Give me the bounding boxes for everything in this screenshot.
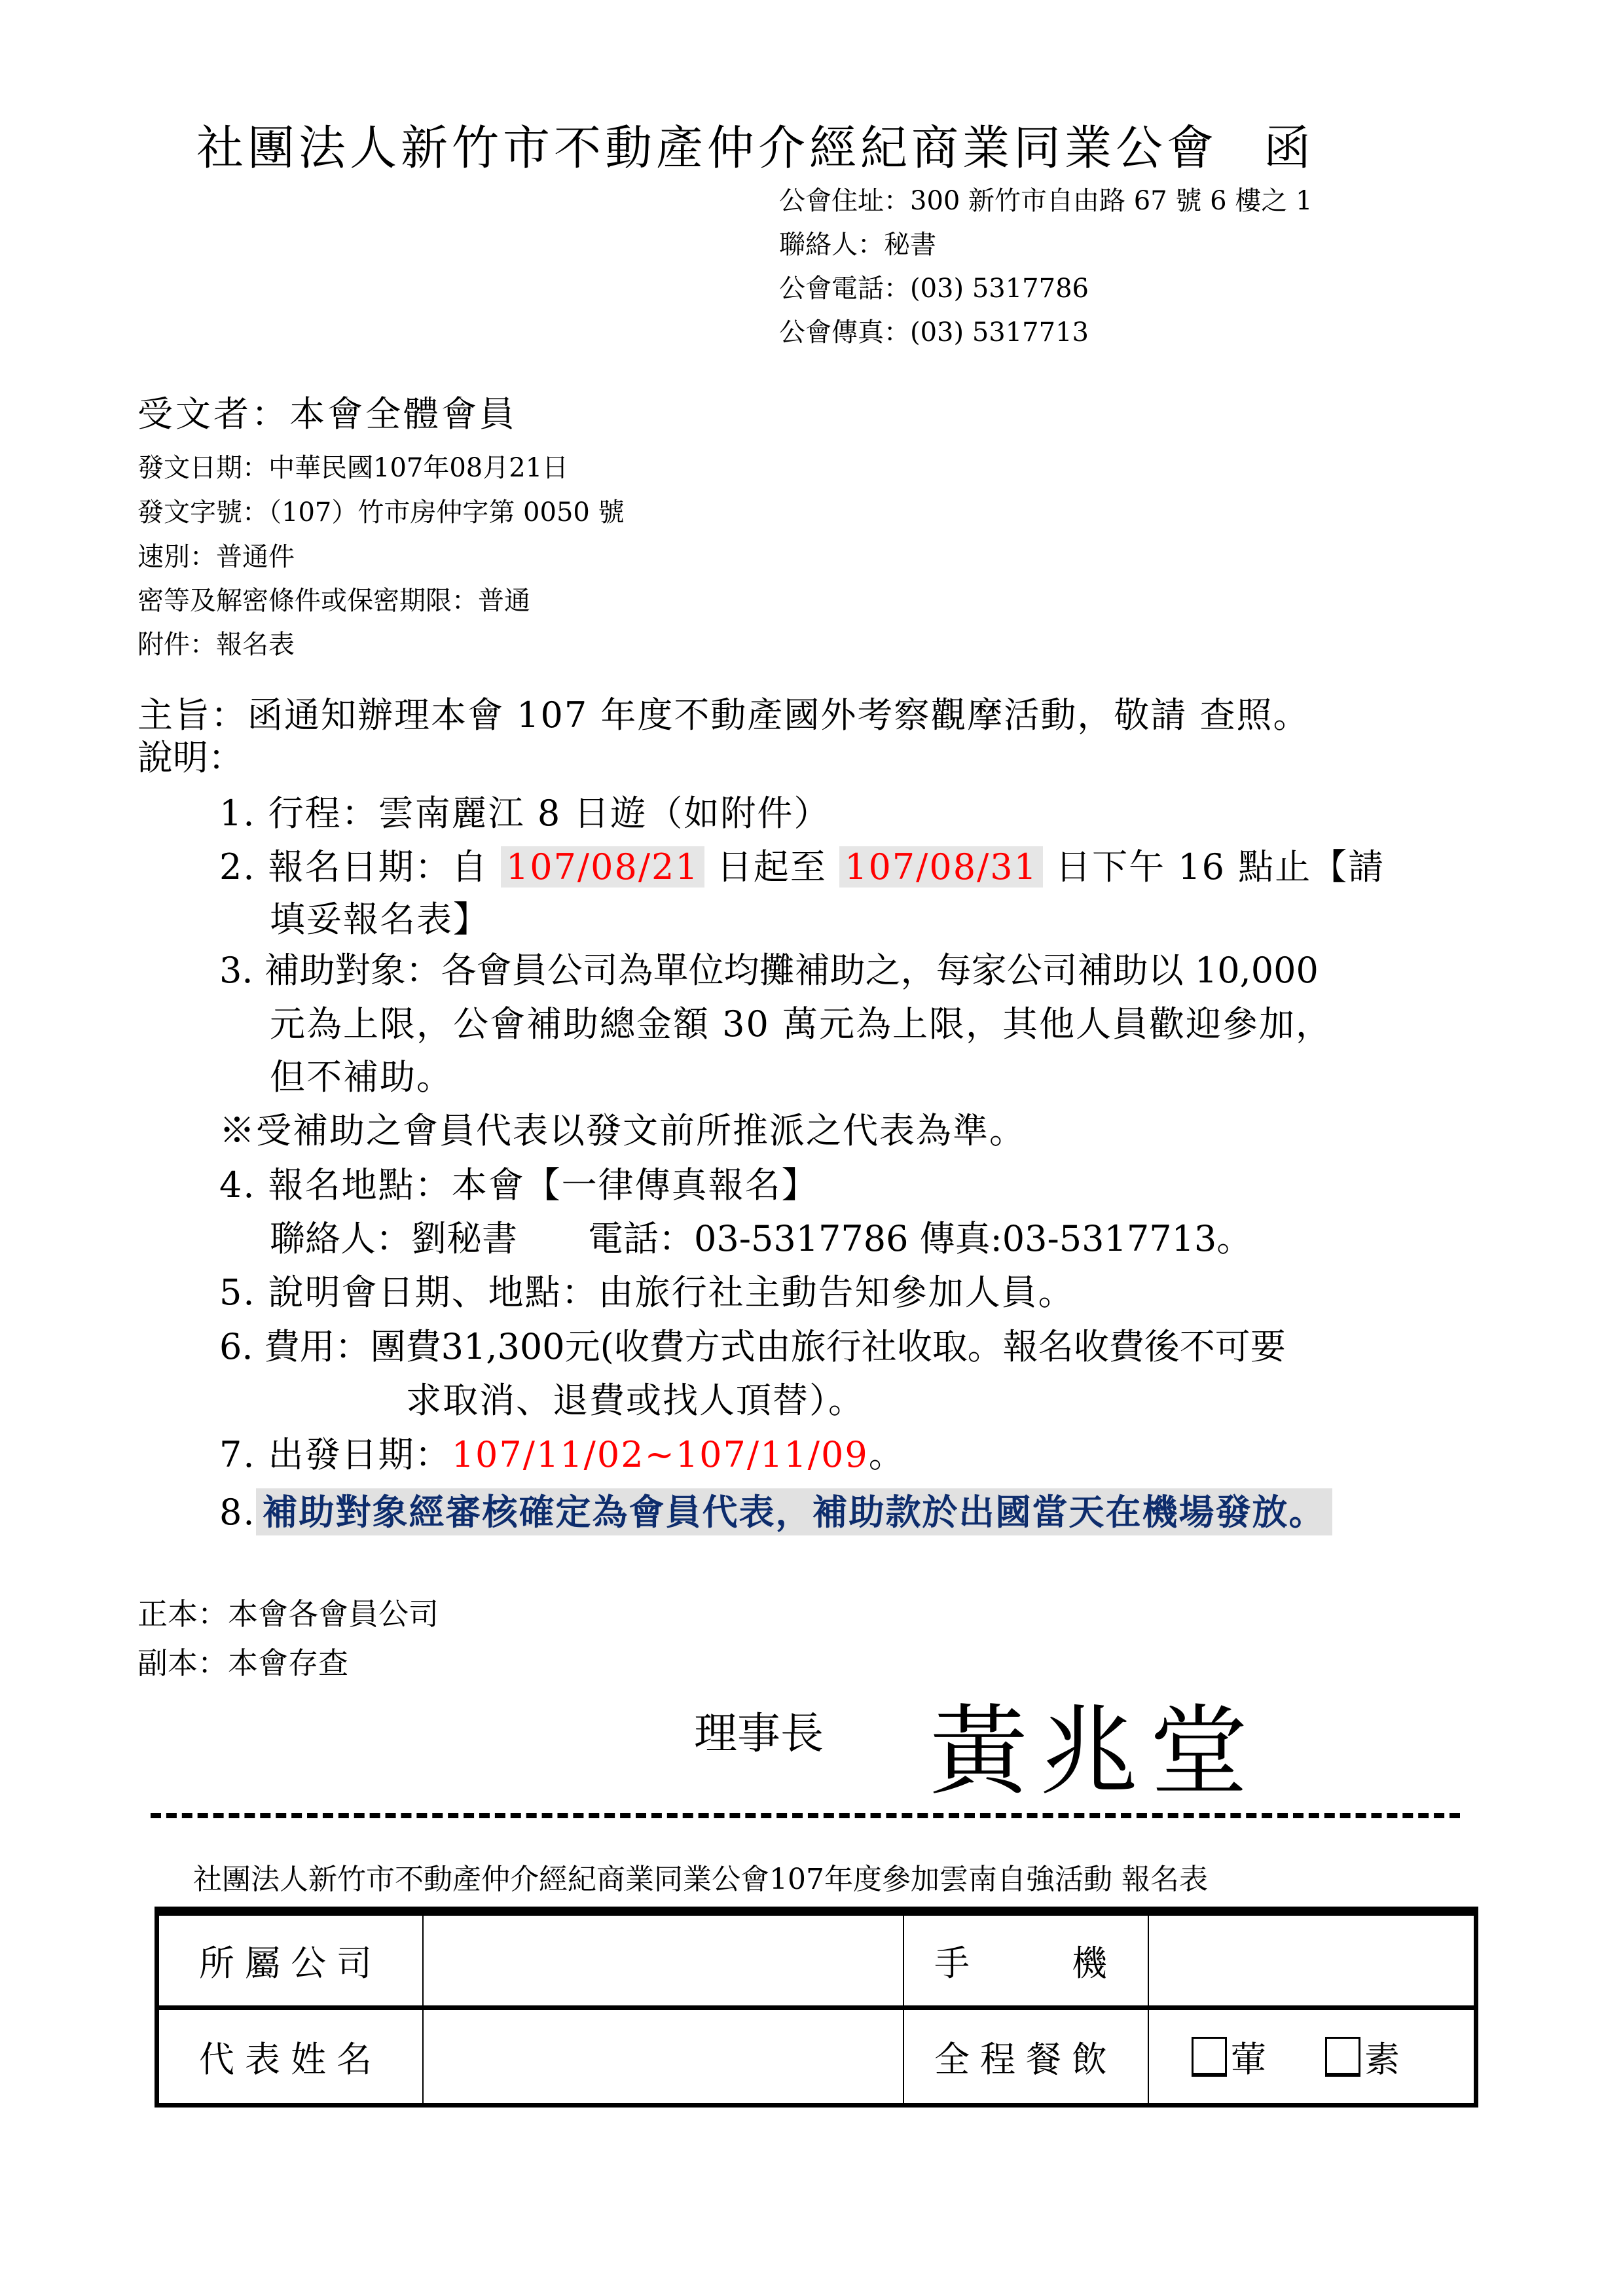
form-row-representative: 代表姓名 全程餐飲 葷素 (157, 2008, 1476, 2106)
item-subsidy-line3: 但不補助。 (270, 1049, 453, 1100)
item-fee-line1: 6. 費用：團費31,300元(收費方式由旅行社收取。報名收費後不可要 (219, 1319, 1286, 1369)
item-briefing: 5. 說明會日期、地點：由旅行社主動告知參加人員。 (219, 1265, 1075, 1315)
document-type: 函 (1264, 120, 1315, 175)
attachment: 附件：報名表 (137, 624, 295, 661)
item-text: 日起至 (704, 846, 839, 888)
contact-person: 聯絡人：秘書 (779, 224, 936, 261)
meal-options: 葷素 (1148, 2008, 1476, 2106)
company-field[interactable] (423, 1911, 903, 2008)
letterhead-title: 社團法人新竹市不動產仲介經紀商業同業公會函 (196, 110, 1315, 178)
phone: 公會電話：(03) 5317786 (779, 268, 1089, 305)
item-number: 8. (219, 1492, 256, 1533)
meal-option-meat[interactable]: 葷 (1192, 2039, 1266, 2080)
form-row-company: 所屬公司 手 機 (157, 1911, 1476, 2008)
delivery-speed: 速別：普通件 (137, 536, 295, 573)
organization-name: 社團法人新竹市不動產仲介經紀商業同業公會 (196, 120, 1218, 175)
item-registration-date: 2. 報名日期：自 107/08/21 日起至 107/08/31 日下午 16… (219, 839, 1385, 889)
address: 公會住址：300 新竹市自由路 67 號 6 樓之 1 (779, 180, 1312, 217)
registration-contact: 聯絡人：劉秘書 電話：03-5317786 傳真:03-5317713。 (270, 1211, 1252, 1261)
duplicate-copy: 副本：本會存查 (137, 1640, 348, 1683)
description-label: 說明： (137, 730, 244, 780)
chairman-title: 理事長 (694, 1698, 824, 1761)
item-itinerary: 1. 行程：雲南麗江 8 日遊（如附件） (219, 785, 830, 836)
representative-field[interactable] (423, 2008, 903, 2106)
item-registration-place: 4. 報名地點：本會【一律傳真報名】 (219, 1157, 818, 1208)
registration-start-date: 107/08/21 (501, 846, 704, 888)
item-subsidy-payment: 8.補助對象經審核確定為會員代表，補助款於出國當天在機場發放。 (219, 1484, 1332, 1535)
item-fee-line2: 求取消、退費或找人頂替）。 (406, 1372, 865, 1423)
mobile-label: 手 機 (903, 1911, 1148, 2008)
registration-end-date: 107/08/31 (839, 846, 1043, 888)
security-level: 密等及解密條件或保密期限：普通 (137, 580, 530, 617)
meal-label: 全程餐飲 (903, 2008, 1148, 2106)
meal-option-label: 葷 (1231, 2039, 1266, 2080)
departure-dates: 107/11/02~107/11/09 (452, 1434, 869, 1475)
item-registration-date-cont: 填妥報名表】 (270, 891, 490, 942)
mobile-field[interactable] (1148, 1911, 1476, 2008)
representative-label: 代表姓名 (157, 2008, 424, 2106)
subsidy-payment-note: 補助對象經審核確定為會員代表，補助款於出國當天在機場發放。 (256, 1488, 1332, 1535)
issue-date: 發文日期：中華民國107年08月21日 (137, 447, 568, 484)
cut-line-divider (151, 1813, 1460, 1818)
company-label: 所屬公司 (157, 1911, 424, 2008)
item-departure-date: 7. 出發日期：107/11/02~107/11/09。 (219, 1427, 905, 1477)
checkbox-icon[interactable] (1325, 2037, 1360, 2077)
fax: 公會傳真：(03) 5317713 (779, 312, 1089, 349)
item-text: 日下午 16 點止【請 (1043, 846, 1385, 888)
subsidy-note: ※受補助之會員代表以發文前所推派之代表為準。 (219, 1103, 1026, 1153)
registration-form-title: 社團法人新竹市不動產仲介經紀商業同業公會107年度參加雲南自強活動 報名表 (193, 1856, 1208, 1897)
item-text: 7. 出發日期： (219, 1434, 452, 1475)
item-subsidy-line2: 元為上限，公會補助總金額 30 萬元為上限，其他人員歡迎參加， (270, 996, 1332, 1047)
item-subsidy-line1: 3. 補助對象：各會員公司為單位均攤補助之，每家公司補助以 10,000 (219, 942, 1319, 993)
meal-option-label: 素 (1364, 2039, 1400, 2080)
item-text: 。 (869, 1434, 905, 1475)
item-text: 2. 報名日期：自 (219, 846, 501, 888)
document-number: 發文字號：（107）竹市房仲字第 0050 號 (137, 492, 625, 529)
registration-form-table: 所屬公司 手 機 代表姓名 全程餐飲 葷素 (155, 1907, 1478, 2108)
subject: 主旨：函通知辦理本會 107 年度不動產國外考察觀摩活動，敬請 查照。 (137, 687, 1310, 738)
checkbox-icon[interactable] (1192, 2037, 1227, 2077)
recipient: 受文者：本會全體會員 (137, 386, 517, 437)
chairman-name: 黃兆堂 (930, 1672, 1260, 1814)
meal-option-vegetarian[interactable]: 素 (1325, 2039, 1400, 2080)
original-copy: 正本：本會各會員公司 (137, 1590, 439, 1634)
